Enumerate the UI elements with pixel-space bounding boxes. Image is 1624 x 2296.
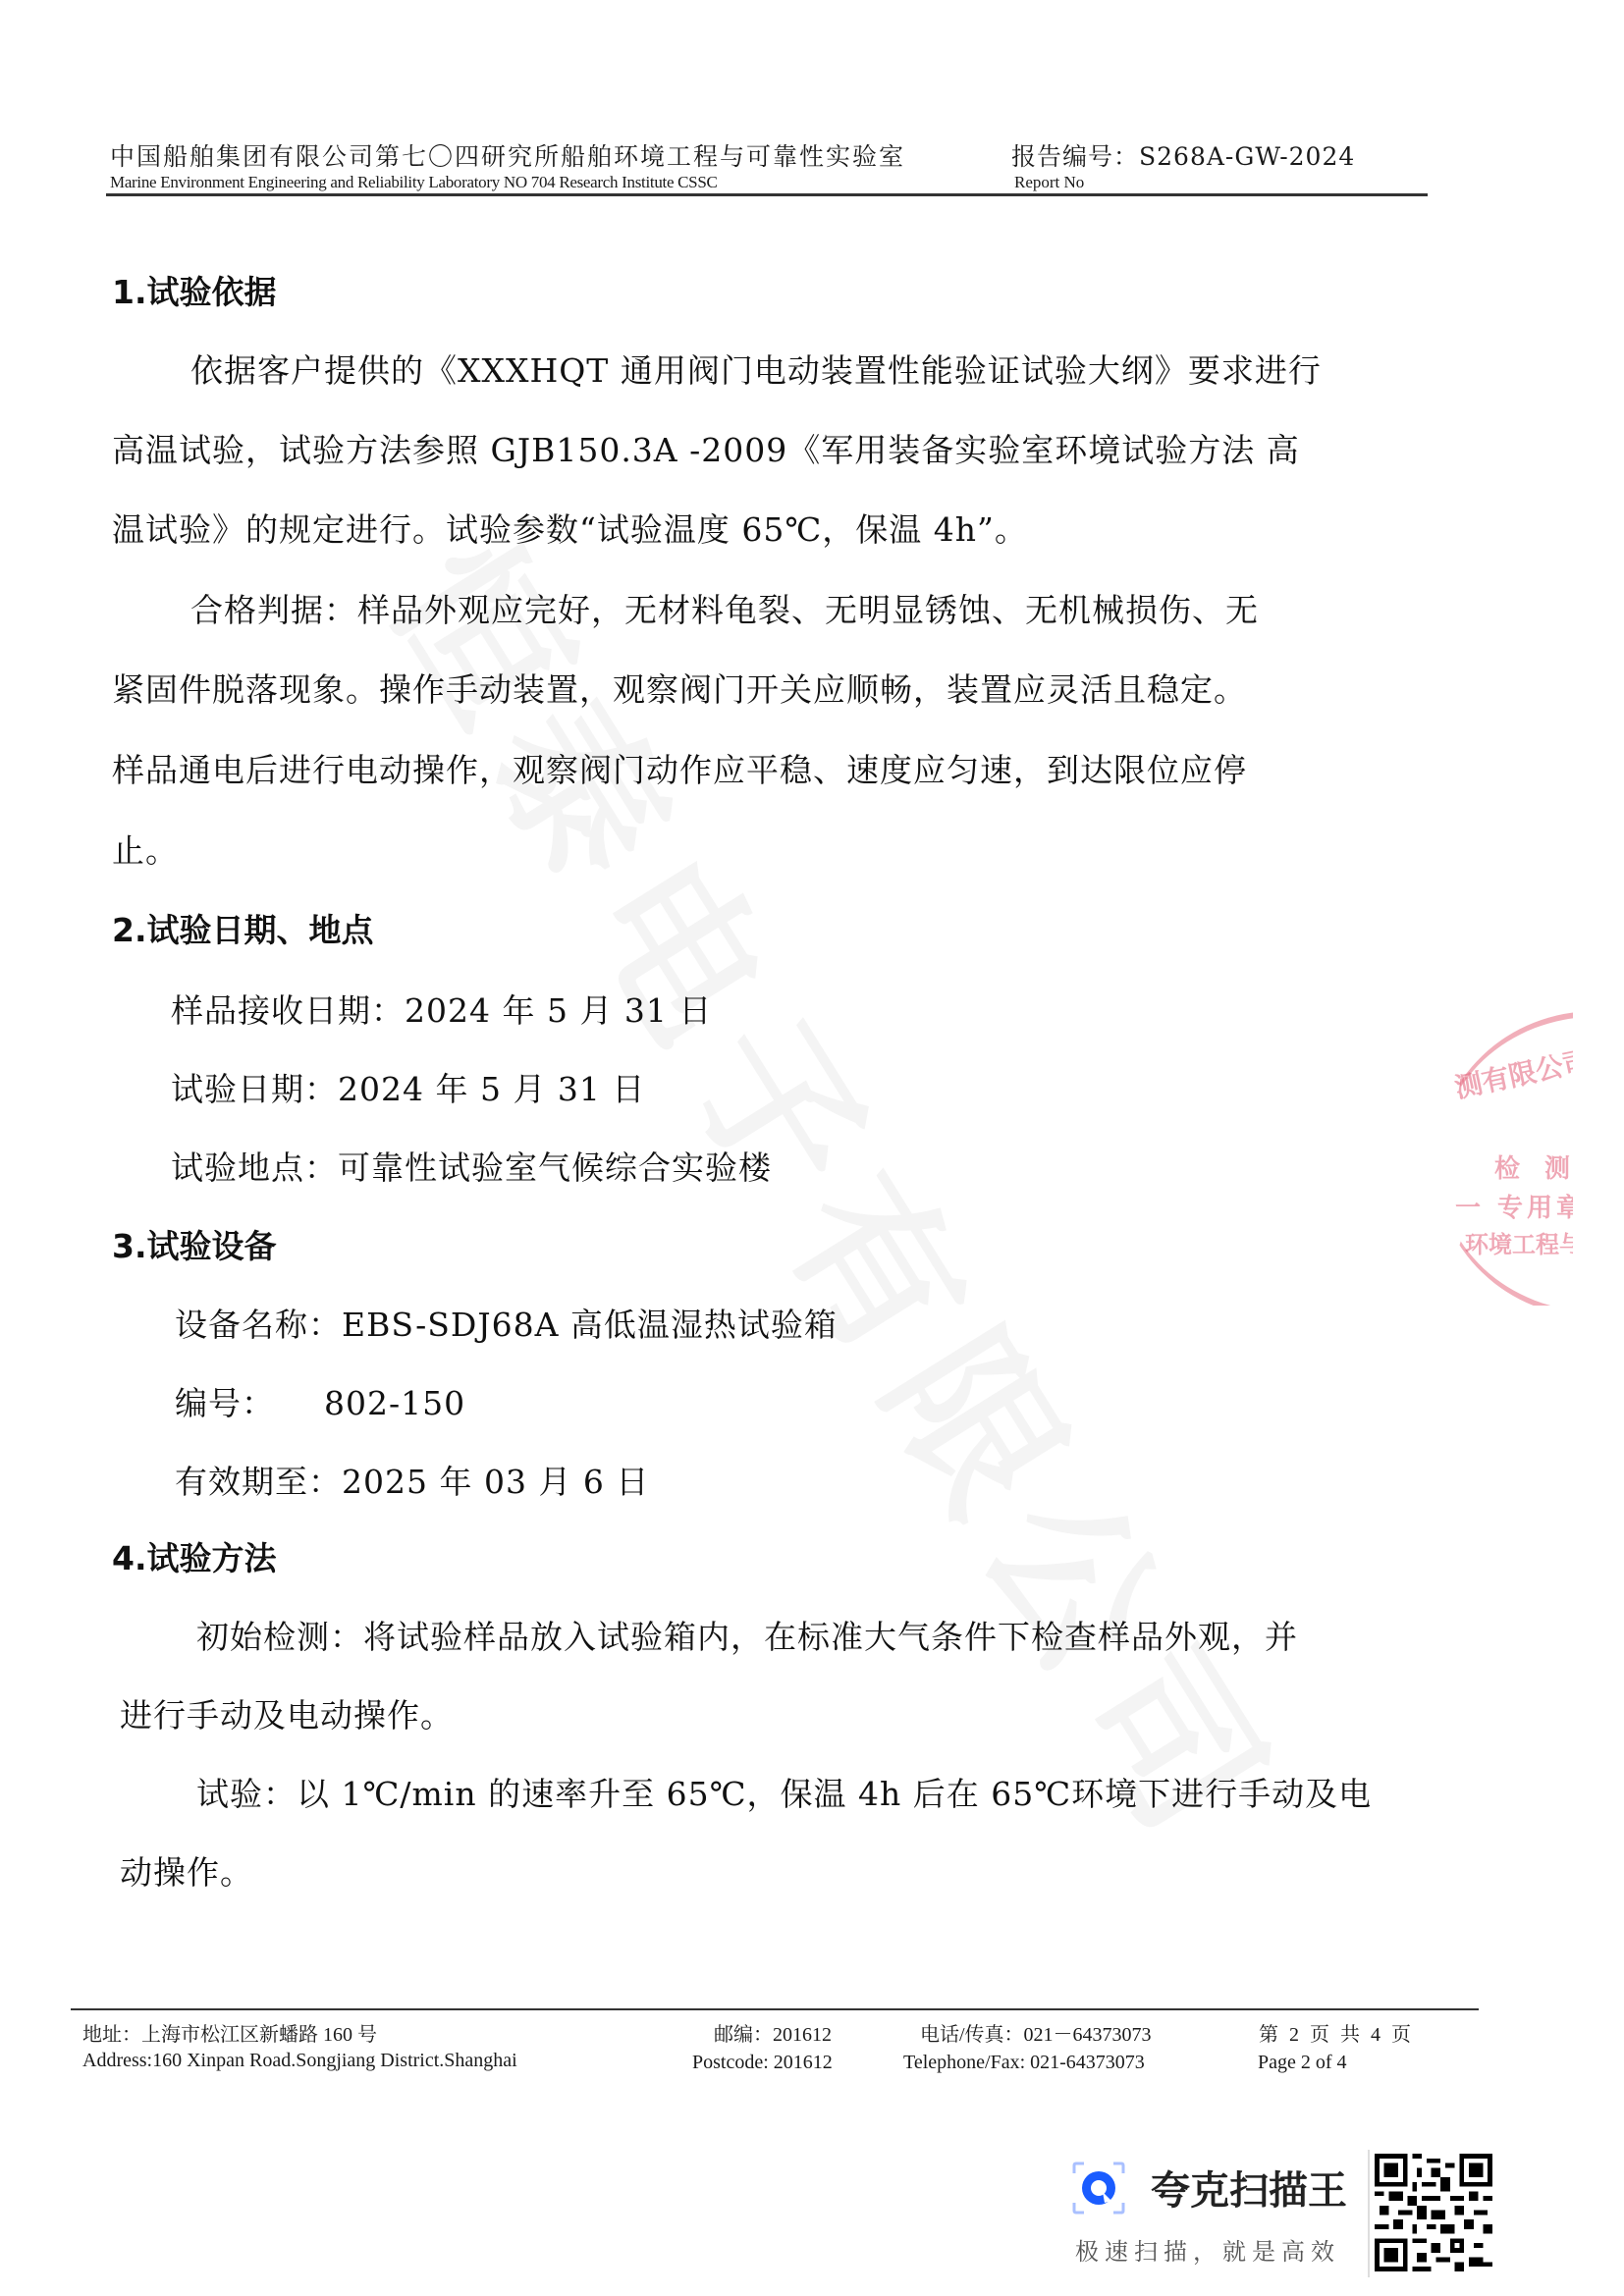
report-number-label-en: Report No xyxy=(1014,173,1084,192)
paragraph-line: 进行手动及电动操作。 xyxy=(120,1690,454,1736)
paragraph-line: 紧固件脱落现象。操作手动装置，观察阀门开关应顺畅，装置应灵活且稳定。 xyxy=(112,665,1247,711)
field-equipment-name: 设备名称：EBS-SDJ68A 高低温湿热试验箱 xyxy=(175,1300,838,1346)
footer-divider xyxy=(71,2008,1479,2010)
header-org-en: Marine Environment Engineering and Relia… xyxy=(110,173,718,192)
footer-phone-cn: 电话/传真：021－64373073 xyxy=(920,2018,1152,2047)
stamp-bottom-text: 环境工程与可 xyxy=(1465,1225,1573,1259)
field-value: 可靠性试验室气候综合实验楼 xyxy=(338,1148,772,1187)
field-label: 试验日期： xyxy=(171,1070,338,1108)
paragraph-line: 样品通电后进行电动操作，观察阀门动作应平稳、速度应匀速，到达限位应停 xyxy=(112,745,1247,791)
footer-postcode-cn: 邮编：201612 xyxy=(714,2018,832,2047)
paragraph-line: 动操作。 xyxy=(120,1847,253,1894)
header-divider xyxy=(106,193,1428,196)
paragraph-line: 试验：以 1℃/min 的速率升至 65℃，保温 4h 后在 65℃环境下进行手… xyxy=(196,1769,1372,1815)
report-number: 报告编号：S268A-GW-2024 xyxy=(1011,137,1355,173)
footer-page-cn: 第 2 页 共 4 页 xyxy=(1259,2018,1414,2047)
brand-separator xyxy=(1368,2150,1370,2277)
footer-phone-en: Telephone/Fax: 021-64373073 xyxy=(903,2052,1145,2074)
field-equipment-number: 编号：802-150 xyxy=(175,1378,465,1424)
stamp-mid-text-2: 一 专用章 xyxy=(1455,1188,1573,1224)
stamp-mid-text: 检 测 xyxy=(1494,1148,1573,1185)
footer-page-en: Page 2 of 4 xyxy=(1258,2052,1347,2074)
field-value: 2024 年 5 月 31 日 xyxy=(338,1070,645,1108)
section-title-date-location: 2.试验日期、地点 xyxy=(112,905,374,951)
field-label: 有效期至： xyxy=(175,1463,342,1501)
field-label: 样品接收日期： xyxy=(171,991,405,1030)
paragraph-line: 初始检测：将试验样品放入试验箱内，在标准大气条件下检查样品外观，并 xyxy=(196,1612,1298,1658)
official-stamp: 测有限公司船 检 测 一 专用章 环境工程与可 xyxy=(1435,1011,1573,1306)
field-value: 2025 年 03 月 6 日 xyxy=(342,1463,649,1501)
footer-postcode-en: Postcode: 201612 xyxy=(692,2052,833,2074)
section-title-basis: 1.试验依据 xyxy=(112,267,277,313)
field-value: EBS-SDJ68A 高低温湿热试验箱 xyxy=(342,1306,838,1344)
paragraph-line: 合格判据：样品外观应完好，无材料龟裂、无明显锈蚀、无机械损伤、无 xyxy=(190,585,1259,631)
paragraph-line: 温试验》的规定进行。试验参数“试验温度 65℃，保温 4h”。 xyxy=(112,505,1028,551)
footer-address-en: Address:160 Xinpan Road.Songjiang Distri… xyxy=(82,2050,517,2072)
scanner-brand-tagline: 极速扫描，就是高效 xyxy=(1075,2232,1340,2267)
field-label: 试验地点： xyxy=(171,1148,338,1187)
section-title-equipment: 3.试验设备 xyxy=(112,1221,277,1267)
report-number-value: S268A-GW-2024 xyxy=(1139,142,1355,171)
paragraph-line: 依据客户提供的《XXXHQT 通用阀门电动装置性能验证试验大纲》要求进行 xyxy=(190,346,1322,392)
paragraph-line: 高温试验，试验方法参照 GJB150.3A -2009《军用装备实验室环境试验方… xyxy=(112,425,1300,471)
field-label: 设备名称： xyxy=(175,1306,342,1344)
field-valid-until: 有效期至：2025 年 03 月 6 日 xyxy=(175,1457,649,1503)
section-title-method: 4.试验方法 xyxy=(112,1533,277,1579)
footer-address-cn: 地址：上海市松江区新蟠路 160 号 xyxy=(82,2018,377,2047)
field-value: 2024 年 5 月 31 日 xyxy=(405,991,712,1030)
scanner-brand-name: 夸克扫描王 xyxy=(1151,2160,1347,2216)
report-number-label: 报告编号： xyxy=(1011,142,1139,171)
header-org-cn: 中国船舶集团有限公司第七〇四研究所船舶环境工程与可靠性实验室 xyxy=(110,137,905,173)
qr-code-icon[interactable] xyxy=(1375,2154,1492,2271)
field-receive-date: 样品接收日期：2024 年 5 月 31 日 xyxy=(171,986,712,1032)
field-test-location: 试验地点：可靠性试验室气候综合实验楼 xyxy=(171,1143,772,1189)
field-test-date: 试验日期：2024 年 5 月 31 日 xyxy=(171,1064,645,1110)
quark-scanner-logo-icon xyxy=(1070,2160,1127,2216)
field-value: 802-150 xyxy=(324,1384,465,1422)
paragraph-line: 止。 xyxy=(112,826,179,872)
field-label: 编号： xyxy=(175,1384,275,1422)
